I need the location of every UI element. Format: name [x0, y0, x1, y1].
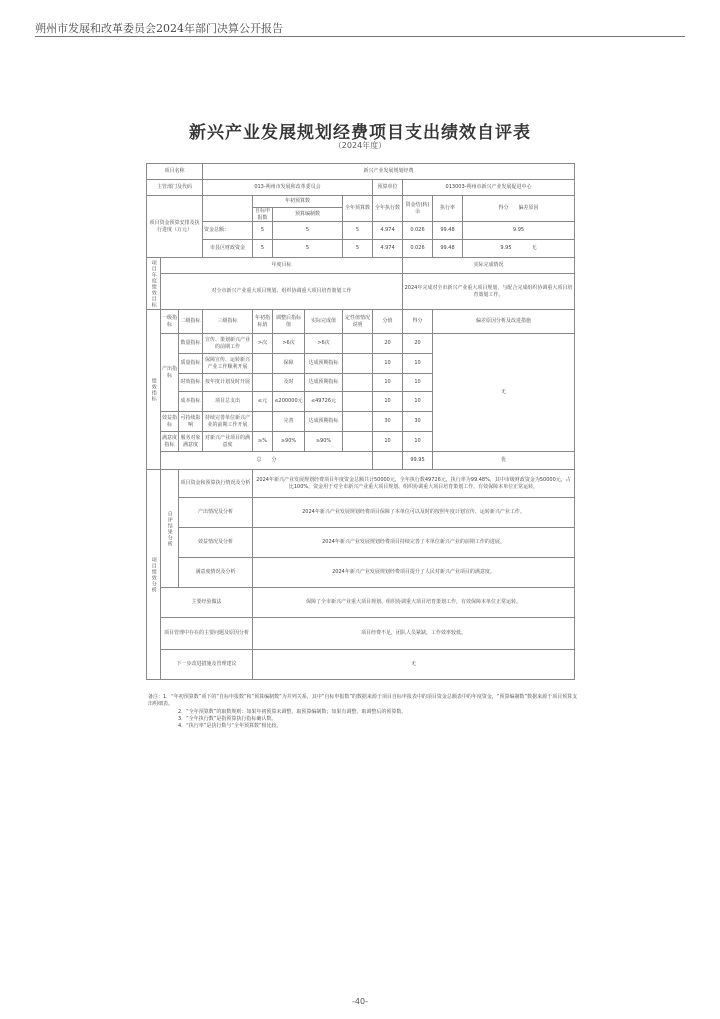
goals-label: 项目年度绩效目标: [147, 258, 161, 310]
document-header: 朔州市发展和改革委员会2024年部门决算公开报告: [35, 20, 283, 36]
header-divider: [35, 36, 685, 37]
total-score: 99.95: [403, 452, 433, 470]
actual-label: 实际完成情况: [403, 258, 575, 274]
col-initial: 年初预算数: [253, 196, 343, 208]
evaluation-table: 项目名称 新兴产业发展规划经费 主管部门及代码 013-朔州市发展和改革委员会 …: [146, 163, 575, 680]
experience-text: 保障了全市新兴产业重大项目规划、组织协调重大项目培育策划工作，有效保障本单位正常…: [253, 588, 575, 618]
col-budget: 预算编制数: [273, 208, 343, 222]
note-1: 备注：1．“年初预算数”项下的“自标申报数”和“预算编制数”为并列关系，其中“自…: [148, 694, 578, 709]
funds-label: 项目资金预算安排及执行进度（万元）: [147, 196, 203, 258]
deviation-all: 无: [433, 334, 575, 452]
total-label: 总 分: [161, 452, 373, 470]
actual-result: 2024年完成对全市新兴产业重大项目规划，与配合完成组织协调重大项目培育策划工作…: [403, 274, 575, 310]
problems-label: 项目管理中存在的主要问题及原因分析: [161, 618, 253, 650]
experience-label: 主要经验做法: [161, 588, 253, 618]
next-steps-text: 无: [253, 650, 575, 680]
dept-label: 主管部门及代码: [147, 180, 203, 196]
analysis-label: 项目绩效分析: [147, 470, 161, 680]
table-row: 资金总额： 5 5 5 4.974 0.026 99.48 9.95: [147, 222, 575, 240]
page-subtitle: （2024年度）: [0, 140, 720, 151]
note-4: 4．“执行率”是执行数与“全年预算数”相比较。: [148, 723, 578, 730]
project-name: 新兴产业发展规划经费: [203, 164, 575, 180]
dept-value: 013-朔州市发展和改革委员会: [203, 180, 373, 196]
problems-text: 项目经费不足，团队人员紧缺，工作效率较低。: [253, 618, 575, 650]
total-grade: 优: [433, 452, 575, 470]
col-exec: 全年执行数: [373, 196, 403, 222]
annual-goal: 对全市新兴产业重大项目规划、组织协调重大项目培育策划工作: [161, 274, 403, 310]
next-steps-label: 下一步改进措施及管理建议: [161, 650, 253, 680]
col-full-budget: 全年预算数: [343, 196, 373, 222]
note-3: 3．“全年执行数”是指预算执行指标确认数。: [148, 716, 578, 723]
col-self: 自标申报数: [253, 208, 273, 222]
project-name-label: 项目名称: [147, 164, 203, 180]
output-label: 产出指标: [161, 334, 179, 412]
col-deviation: 偏差原因: [519, 205, 539, 211]
note-2: 2．“全年预算数”的取数规则：如果年初预算未调整，取预算编制数；如果有调整，取调…: [148, 709, 578, 716]
table-row: 市县区财政资金 5 5 5 4.974 0.026 99.48 9.95 无: [147, 240, 575, 258]
col-score: 得分: [498, 205, 508, 211]
self-eval-label: 自评结果分析: [161, 470, 179, 588]
unit-value: 013003-朔州市新兴产业发展促进中心: [403, 180, 575, 196]
notes: 备注：1．“年初预算数”项下的“自标申报数”和“预算编制数”为并列关系，其中“自…: [148, 694, 578, 730]
page-number: -40-: [0, 997, 720, 1006]
annual-goal-label: 年度目标: [161, 258, 403, 274]
col-rate: 执行率: [440, 205, 455, 211]
table-row: 产出指标 数量指标 宣传、策划新兴产业的前期工作 >次 >6次 >6次 20 2…: [147, 334, 575, 354]
col-balance: 资金结(转)余: [403, 196, 433, 222]
total-row: 总 分 99.95 优: [147, 452, 575, 470]
indicators-label: 绩效指标: [147, 310, 161, 470]
unit-label: 预算单位: [373, 180, 403, 196]
